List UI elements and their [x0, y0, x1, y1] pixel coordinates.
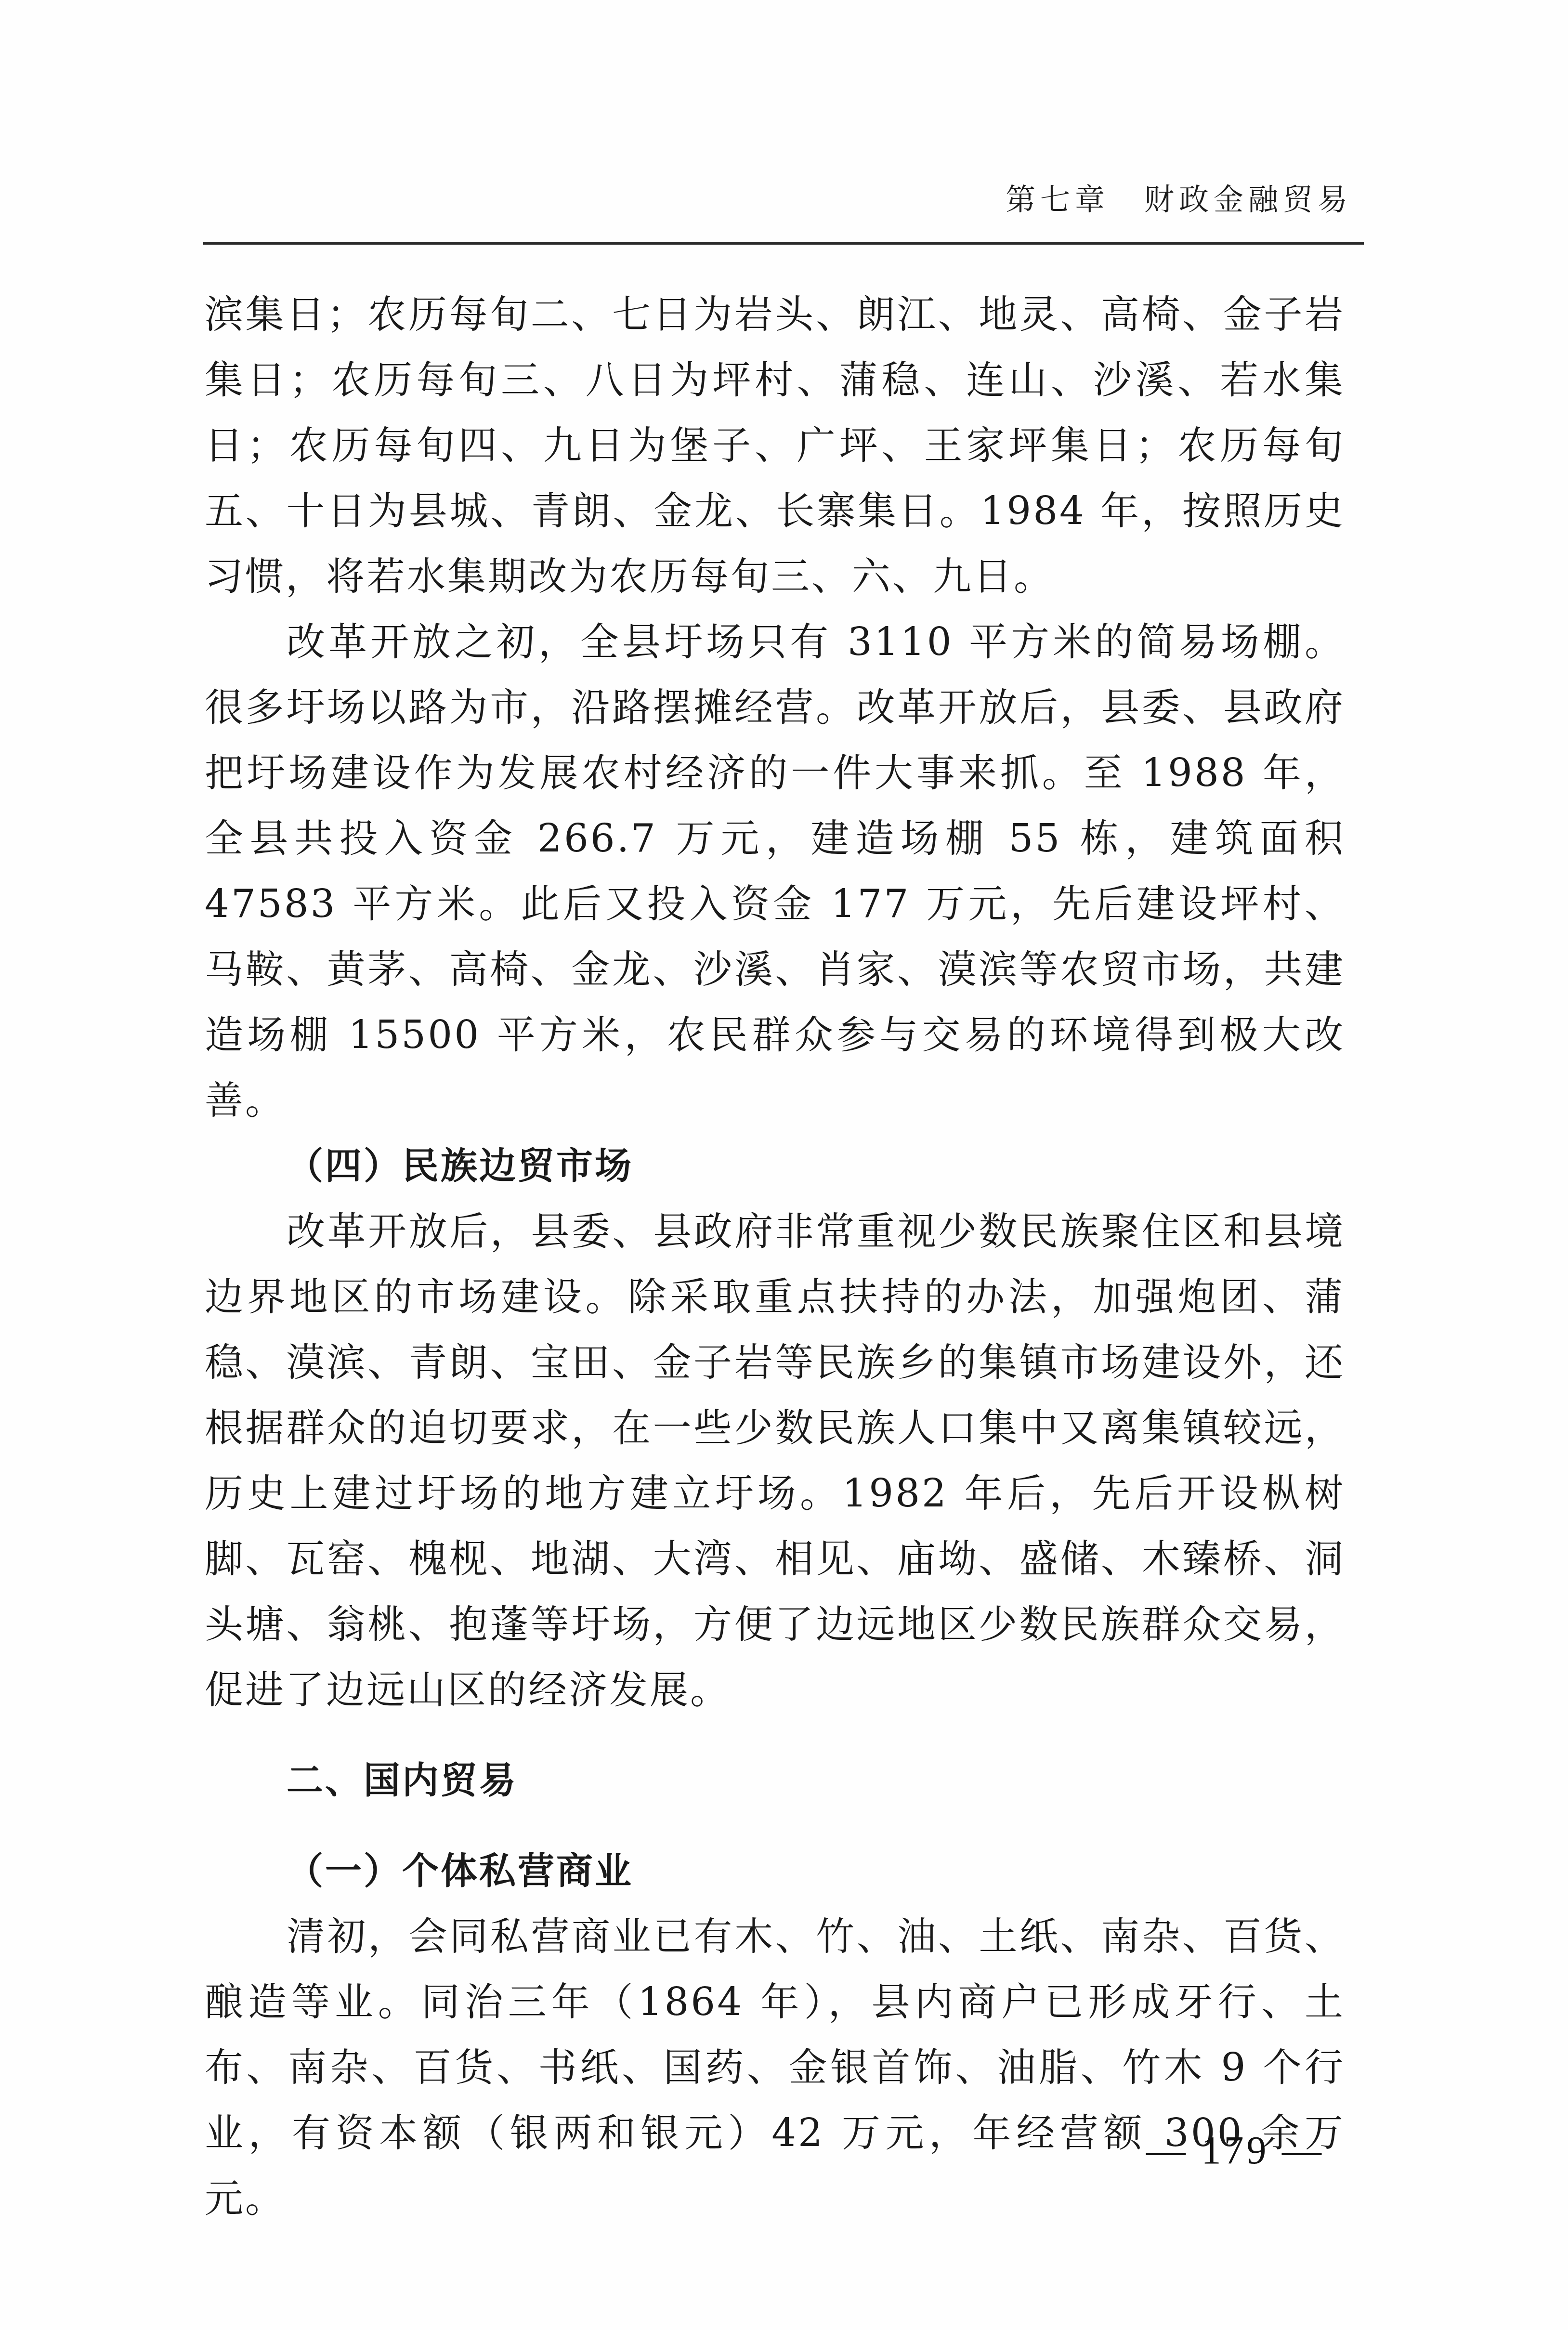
page-number: — 179 — — [1146, 2128, 1324, 2173]
subsection-heading-ethnic-border-markets: （四）民族边贸市场 — [205, 1133, 1345, 1199]
subsection-heading-private-commerce: （一）个体私营商业 — [205, 1838, 1345, 1904]
paragraph-ethnic-border-markets: 改革开放后，县委、县政府非常重视少数民族聚住区和县境边界地区的市场建设。除采取重… — [205, 1199, 1345, 1723]
spacer — [205, 1813, 1345, 1838]
spacer — [205, 1723, 1345, 1748]
header-rule — [203, 242, 1364, 245]
running-header-chapter-title: 第七章 财政金融贸易 — [1006, 176, 1352, 219]
body-text: 滨集日；农历每旬二、七日为岩头、朗江、地灵、高椅、金子岩集日；农历每旬三、八日为… — [205, 282, 1345, 2231]
paragraph-market-days: 滨集日；农历每旬二、七日为岩头、朗江、地灵、高椅、金子岩集日；农历每旬三、八日为… — [205, 282, 1345, 609]
book-page: 第七章 财政金融贸易 滨集日；农历每旬二、七日为岩头、朗江、地灵、高椅、金子岩集… — [0, 0, 1568, 2330]
paragraph-market-construction: 改革开放之初，全县圩场只有 3110 平方米的简易场棚。很多圩场以路为市，沿路摆… — [205, 609, 1345, 1133]
section-heading-domestic-trade: 二、国内贸易 — [205, 1748, 1345, 1813]
paragraph-private-commerce: 清初，会同私营商业已有木、竹、油、土纸、南杂、百货、酿造等业。同治三年（1864… — [205, 1904, 1345, 2231]
